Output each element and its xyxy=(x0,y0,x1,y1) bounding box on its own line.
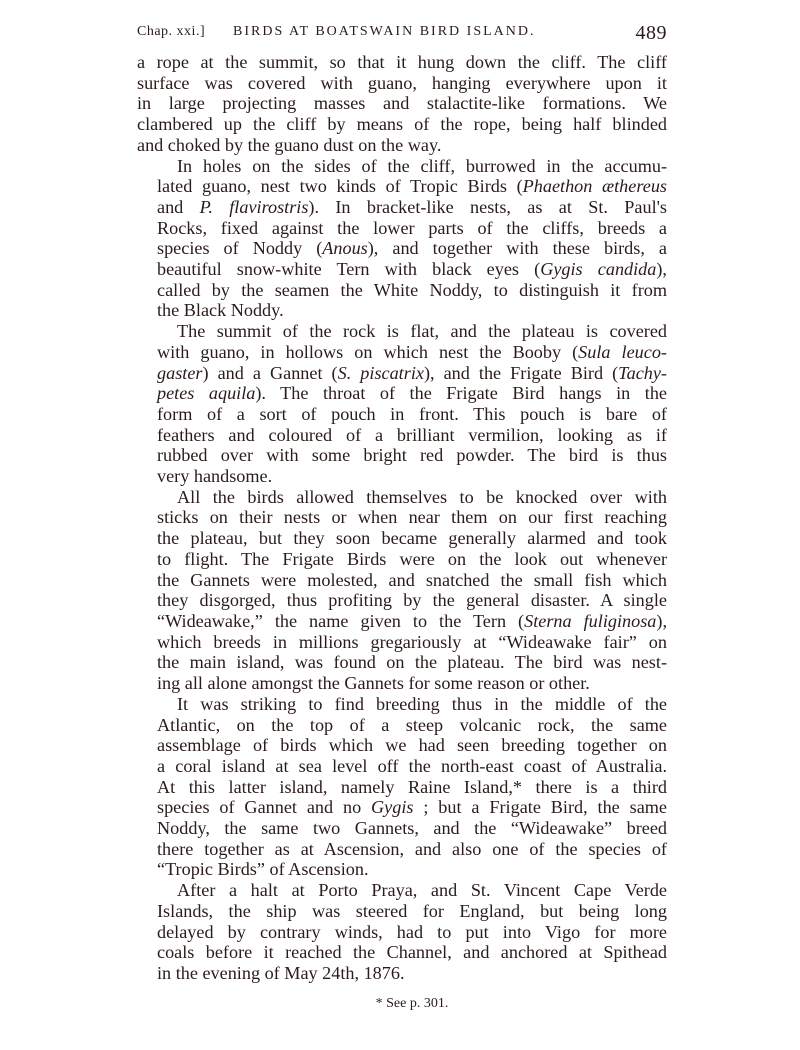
text-line: assemblage of birds which we had seen br… xyxy=(137,735,667,756)
text-line: Atlantic, on the top of a steep volcanic… xyxy=(137,715,667,736)
footnote: * See p. 301. xyxy=(137,996,667,1012)
text-line: gaster) and a Gannet (S. piscatrix), and… xyxy=(137,363,667,384)
paragraph: In holes on the sides of the cliff, burr… xyxy=(137,156,667,322)
italic-term: Tachy- xyxy=(618,363,667,383)
text-line: After a halt at Porto Praya, and St. Vin… xyxy=(137,880,667,901)
text-line: very handsome. xyxy=(137,466,667,487)
text-line: they disgorged, thus profiting by the ge… xyxy=(137,590,667,611)
text-line: “Wideawake,” the name given to the Tern … xyxy=(137,611,667,632)
text-line: a coral island at sea level off the nort… xyxy=(137,756,667,777)
text-line: Noddy, the same two Gannets, and the “Wi… xyxy=(137,818,667,839)
text-line: “Tropic Birds” of Ascension. xyxy=(137,859,667,880)
running-head: Chap. xxi.] BIRDS AT BOATSWAIN BIRD ISLA… xyxy=(137,20,667,42)
text-line: feathers and coloured of a brilliant ver… xyxy=(137,425,667,446)
paragraph: It was striking to find breeding thus in… xyxy=(137,694,667,880)
paragraph: All the birds allowed themselves to be k… xyxy=(137,487,667,694)
text-line: coals before it reached the Channel, and… xyxy=(137,942,667,963)
text-line: a rope at the summit, so that it hung do… xyxy=(137,52,667,73)
chapter-label: Chap. xxi.] xyxy=(137,24,205,40)
body-text: a rope at the summit, so that it hung do… xyxy=(137,52,667,984)
italic-term: Anous xyxy=(322,238,367,258)
text-line: It was striking to find breeding thus in… xyxy=(137,694,667,715)
italic-term: S. piscatrix xyxy=(338,363,424,383)
paragraph: After a halt at Porto Praya, and St. Vin… xyxy=(137,880,667,984)
text-line: called by the seamen the White Noddy, to… xyxy=(137,280,667,301)
paragraph: a rope at the summit, so that it hung do… xyxy=(137,52,667,156)
text-line: and choked by the guano dust on the way. xyxy=(137,135,667,156)
text-line: to flight. The Frigate Birds were on the… xyxy=(137,549,667,570)
text-line: the Black Noddy. xyxy=(137,300,667,321)
text-line: At this latter island, namely Raine Isla… xyxy=(137,777,667,798)
text-line: Rocks, fixed against the lower parts of … xyxy=(137,218,667,239)
text-line: lated guano, nest two kinds of Tropic Bi… xyxy=(137,176,667,197)
text-line: the main island, was found on the platea… xyxy=(137,652,667,673)
text-line: All the birds allowed themselves to be k… xyxy=(137,487,667,508)
text-line: surface was covered with guano, hanging … xyxy=(137,73,667,94)
text-line: clambered up the cliff by means of the r… xyxy=(137,114,667,135)
text-line: Islands, the ship was steered for Englan… xyxy=(137,901,667,922)
italic-term: petes aquila xyxy=(157,383,255,403)
text-line: delayed by contrary winds, had to put in… xyxy=(137,922,667,943)
text-line: sticks on their nests or when near them … xyxy=(137,507,667,528)
italic-term: gaster xyxy=(157,363,202,383)
italic-term: P. flavirostris xyxy=(200,197,309,217)
book-page: Chap. xxi.] BIRDS AT BOATSWAIN BIRD ISLA… xyxy=(137,20,667,1012)
paragraph: The summit of the rock is flat, and the … xyxy=(137,321,667,487)
text-line: form of a sort of pouch in front. This p… xyxy=(137,404,667,425)
page-number: 489 xyxy=(636,22,668,45)
text-line: with guano, in hollows on which nest the… xyxy=(137,342,667,363)
italic-term: Gygis xyxy=(371,797,413,817)
text-line: species of Noddy (Anous), and together w… xyxy=(137,238,667,259)
text-line: In holes on the sides of the cliff, burr… xyxy=(137,156,667,177)
text-line: and P. flavirostris). In bracket-like ne… xyxy=(137,197,667,218)
text-line: in large projecting masses and stalactit… xyxy=(137,93,667,114)
italic-term: Gygis candida xyxy=(540,259,656,279)
text-line: the plateau, but they soon became genera… xyxy=(137,528,667,549)
text-line: which breeds in millions gregariously at… xyxy=(137,632,667,653)
italic-term: Sula leuco- xyxy=(578,342,667,362)
text-line: species of Gannet and no Gygis ; but a F… xyxy=(137,797,667,818)
text-line: the Gannets were molested, and snatched … xyxy=(137,570,667,591)
italic-term: Phaethon æthereus xyxy=(523,176,667,196)
text-line: beautiful snow-white Tern with black eye… xyxy=(137,259,667,280)
text-line: there together as at Ascension, and also… xyxy=(137,839,667,860)
running-title: BIRDS AT BOATSWAIN BIRD ISLAND. xyxy=(233,24,536,40)
text-line: petes aquila). The throat of the Frigate… xyxy=(137,383,667,404)
text-line: The summit of the rock is flat, and the … xyxy=(137,321,667,342)
text-line: ing all alone amongst the Gannets for so… xyxy=(137,673,667,694)
italic-term: Sterna fuliginosa xyxy=(524,611,656,631)
text-line: in the evening of May 24th, 1876. xyxy=(137,963,667,984)
text-line: rubbed over with some bright red powder.… xyxy=(137,445,667,466)
